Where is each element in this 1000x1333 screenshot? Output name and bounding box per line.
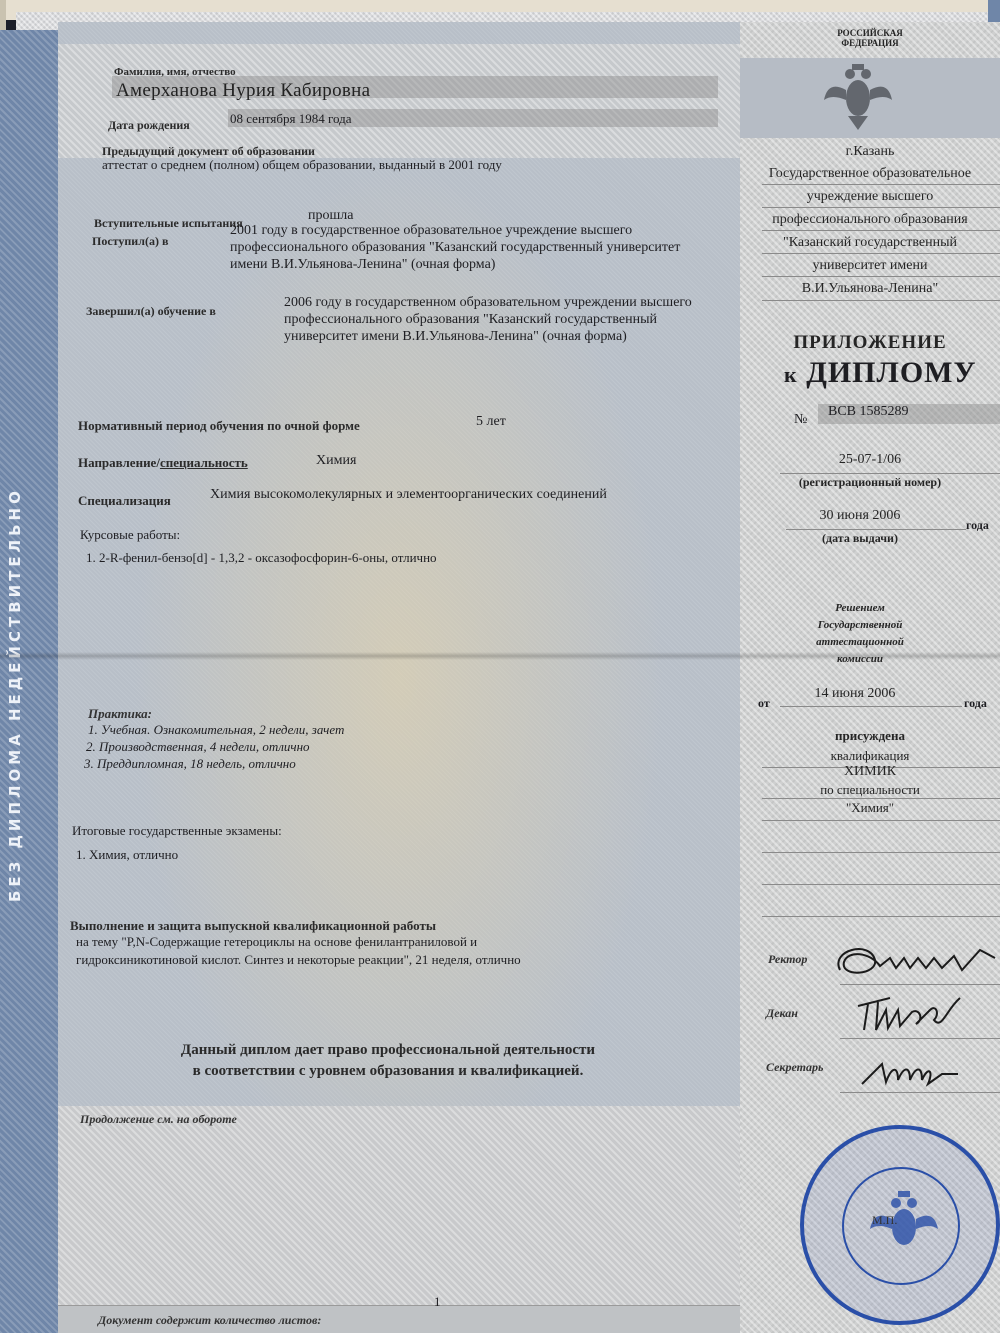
exams-label: Итоговые государственные экзамены: [72, 823, 282, 839]
specialty-label: по специальности [740, 782, 1000, 798]
institution-line: учреждение высшего [740, 189, 1000, 205]
divider-line [762, 230, 1000, 231]
diploma-number: ВСВ 1585289 [828, 404, 909, 420]
secretary-label: Секретарь [766, 1060, 823, 1075]
prev-doc-value: аттестат о среднем (полном) общем образо… [102, 157, 502, 173]
period-value: 5 лет [476, 414, 506, 430]
rights-statement: Данный диплом дает право профессионально… [98, 1040, 678, 1082]
title-line-2: к ДИПЛОМУ [784, 356, 977, 390]
practice-item: 1. Учебная. Ознакомительная, 2 недели, з… [88, 722, 344, 738]
signature-line [840, 1092, 1000, 1093]
direction-label-underlined: специальность [160, 455, 256, 470]
divider-line [762, 916, 1000, 917]
decision-line: Государственной [740, 617, 980, 634]
secretary-signature-icon [858, 1052, 978, 1092]
entrance-label: Вступительные испытания [94, 216, 243, 231]
practice-item: 3. Преддипломная, 18 недель, отлично [84, 756, 296, 772]
institution-line: профессионального образования [740, 212, 1000, 228]
country-label: РОССИЙСКАЯ ФЕДЕРАЦИЯ [740, 28, 1000, 48]
thesis-line-1: на тему "P,N-Содержащие гетероциклы на о… [76, 934, 477, 950]
practice-item: 2. Производственная, 4 недели, отлично [86, 739, 310, 755]
issue-date-caption: (дата выдачи) [740, 531, 980, 546]
page-fold [0, 652, 1000, 660]
sheets-label: Документ содержит количество листов: [98, 1313, 321, 1328]
binding-warning-text: БЕЗ ДИПЛОМА НЕДЕЙСТВИТЕЛЬНО [6, 470, 36, 920]
continuation-note: Продолжение см. на обороте [80, 1112, 237, 1127]
decision-date: 14 июня 2006 [740, 686, 970, 702]
divider-line [762, 852, 1000, 853]
divider-line [780, 706, 962, 707]
decision-line: аттестационной [740, 634, 980, 651]
sheets-count: 1 [434, 1294, 441, 1310]
title-main: ДИПЛОМУ [806, 356, 976, 389]
direction-value: Химия [316, 453, 356, 469]
specialty-value: "Химия" [740, 800, 1000, 816]
decision-line: Решением [740, 600, 980, 617]
rector-signature-icon [830, 940, 1000, 990]
enrolled-label: Поступил(а) в [92, 234, 168, 249]
title-prefix: к [784, 362, 798, 387]
divider-line [762, 276, 1000, 277]
birth-value: 08 сентября 1984 года [230, 111, 352, 127]
divider-line [762, 884, 1000, 885]
binding-blue-strip: БЕЗ ДИПЛОМА НЕДЕЙСТВИТЕЛЬНО [0, 30, 58, 1333]
institution-line: Государственное образовательное [740, 166, 1000, 182]
dean-label: Декан [766, 1006, 798, 1021]
issue-date: 30 июня 2006 [740, 508, 980, 524]
divider-line [762, 184, 1000, 185]
rights-line-1: Данный диплом дает право профессионально… [98, 1040, 678, 1061]
direction-label: Направление/специальность [78, 455, 256, 471]
birth-label: Дата рождения [108, 118, 190, 133]
decision-suffix: года [964, 696, 987, 711]
divider-line [786, 529, 966, 530]
divider-line [762, 207, 1000, 208]
reg-number-caption: (регистрационный номер) [740, 475, 1000, 490]
awarded-line-2: квалификация [740, 748, 1000, 764]
name-value: Амерханова Нурия Кабировна [116, 80, 370, 102]
institution-line: "Казанский государственный [740, 235, 1000, 251]
dean-signature-icon [850, 990, 990, 1050]
institution-line: В.И.Ульянова-Ленина" [740, 281, 1000, 297]
institution-line: университет имени [740, 258, 1000, 274]
coursework-item: 1. 2-R-фенил-бензо[d] - 1,3,2 - оксазофо… [86, 550, 437, 566]
specialization-value: Химия высокомолекулярных и элементоорган… [210, 487, 607, 503]
awarded-line-1: присуждена [740, 728, 1000, 744]
title-line-1: ПРИЛОЖЕНИЕ [740, 332, 1000, 354]
completed-label: Завершил(а) обучение в [86, 304, 216, 319]
enrolled-value: 2001 году в государственное образователь… [230, 222, 710, 273]
country-line-1: РОССИЙСКАЯ [740, 28, 1000, 38]
divider-line [762, 798, 1000, 799]
rector-label: Ректор [768, 952, 807, 967]
direction-label-prefix: Направление/ [78, 455, 160, 470]
divider-line [780, 473, 1000, 474]
coursework-label: Курсовые работы: [80, 527, 180, 543]
qualification: ХИМИК [740, 764, 1000, 780]
left-page: Фамилия, имя, отчество Амерханова Нурия … [58, 22, 740, 1333]
city: г.Казань [740, 144, 1000, 160]
divider-line [762, 820, 1000, 821]
completed-value: 2006 году в государственном образователь… [284, 294, 734, 345]
bottom-band [58, 1106, 740, 1333]
exams-item: 1. Химия, отлично [76, 847, 178, 863]
coat-of-arms-icon [818, 60, 898, 134]
official-stamp: М.П. [800, 1125, 1000, 1325]
thesis-line-2: гидроксиникотиновой кислот. Синтез и нек… [76, 952, 521, 968]
specialization-label: Специализация [78, 493, 171, 509]
thesis-label: Выполнение и защита выпускной квалификац… [70, 918, 436, 934]
reg-number: 25-07-1/06 [740, 452, 1000, 468]
divider-line [762, 300, 1000, 301]
number-sign: № [794, 412, 807, 428]
rights-line-2: в соответствии с уровнем образования и к… [98, 1061, 678, 1082]
stamp-mark: М.П. [872, 1213, 897, 1228]
name-label: Фамилия, имя, отчество [114, 66, 236, 78]
practice-label: Практика: [88, 706, 152, 722]
divider-line [762, 253, 1000, 254]
period-label: Нормативный период обучения по очной фор… [78, 418, 360, 434]
country-line-2: ФЕДЕРАЦИЯ [740, 38, 1000, 48]
